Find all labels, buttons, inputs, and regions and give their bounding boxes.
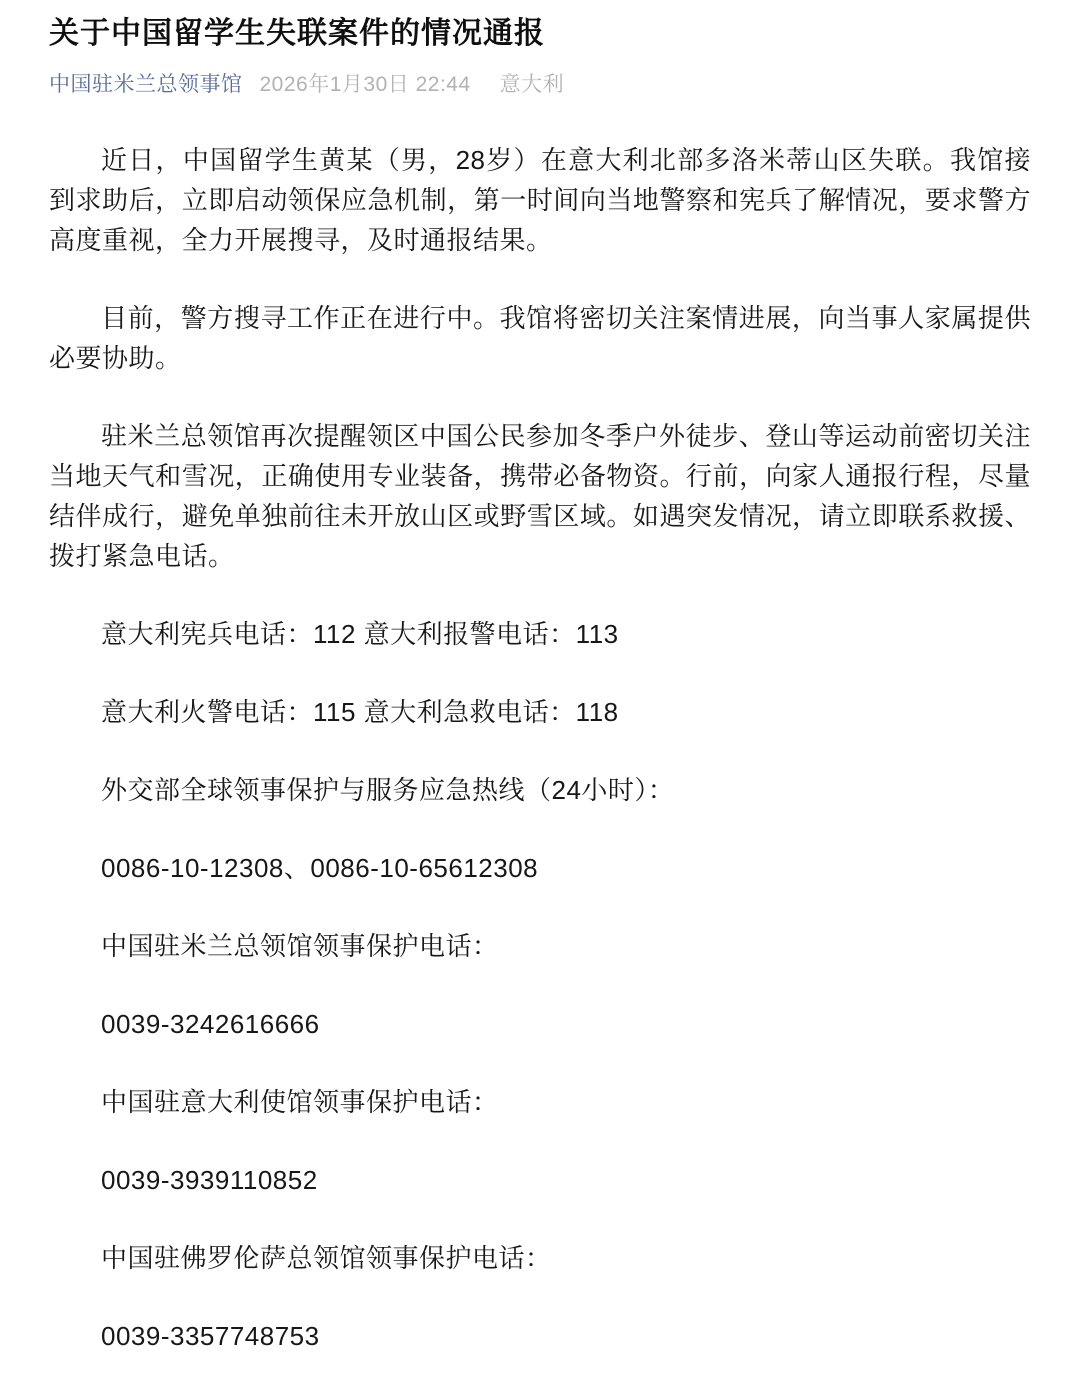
- article-meta: 中国驻米兰总领事馆2026年1月30日 22:44意大利: [49, 71, 1031, 99]
- article-page: 关于中国留学生失联案件的情况通报 中国驻米兰总领事馆2026年1月30日 22:…: [0, 0, 1080, 1386]
- hotline-mfa-label: 外交部全球领事保护与服务应急热线（24小时）：: [49, 770, 1031, 810]
- phone-italy-embassy-number: 0039-3939110852: [49, 1160, 1031, 1200]
- article-title: 关于中国留学生失联案件的情况通报: [49, 14, 1031, 53]
- paragraph-status: 目前，警方搜寻工作正在进行中。我馆将密切关注案情进展，向当事人家属提供必要协助。: [49, 298, 1031, 378]
- paragraph-intro: 近日，中国留学生黄某（男，28岁）在意大利北部多洛米蒂山区失联。我馆接到求助后，…: [49, 140, 1031, 260]
- source-account-link[interactable]: 中国驻米兰总领事馆: [49, 73, 243, 96]
- publish-location: 意大利: [500, 73, 565, 96]
- publish-timestamp: 2026年1月30日 22:44: [260, 73, 471, 96]
- phone-florence-consulate-label: 中国驻佛罗伦萨总领馆领事保护电话：: [49, 1238, 1031, 1278]
- phone-italy-embassy-label: 中国驻意大利使馆领事保护电话：: [49, 1082, 1031, 1122]
- paragraph-reminder: 驻米兰总领馆再次提醒领区中国公民参加冬季户外徒步、登山等运动前密切关注当地天气和…: [49, 416, 1031, 576]
- hotline-mfa-numbers: 0086-10-12308、0086-10-65612308: [49, 848, 1031, 888]
- phone-milan-consulate-number: 0039-3242616666: [49, 1004, 1031, 1044]
- phone-line-carabinieri-police: 意大利宪兵电话：112 意大利报警电话：113: [49, 614, 1031, 654]
- phone-florence-consulate-number: 0039-3357748753: [49, 1316, 1031, 1356]
- phone-line-fire-ambulance: 意大利火警电话：115 意大利急救电话：118: [49, 692, 1031, 732]
- article-body: 近日，中国留学生黄某（男，28岁）在意大利北部多洛米蒂山区失联。我馆接到求助后，…: [49, 140, 1031, 1356]
- phone-milan-consulate-label: 中国驻米兰总领馆领事保护电话：: [49, 926, 1031, 966]
